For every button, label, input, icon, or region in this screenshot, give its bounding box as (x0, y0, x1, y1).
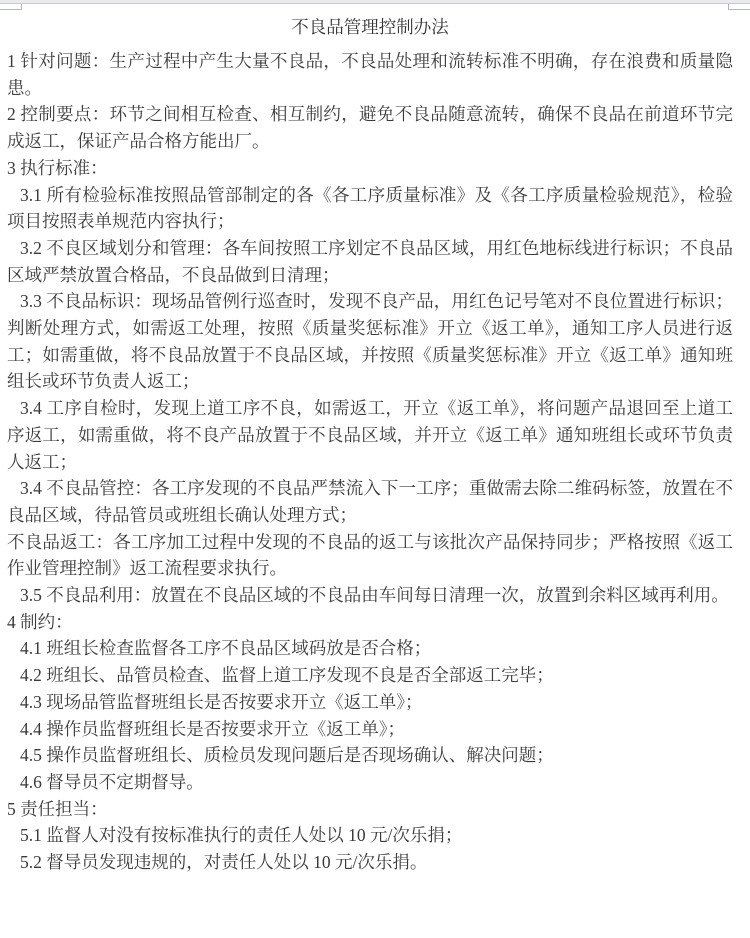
paragraph: 3 执行标准： (7, 155, 733, 182)
paragraph: 3.1 所有检验标准按照品管部制定的各《各工序质量标准》及《各工序质量检验规范》… (7, 182, 733, 235)
paragraph: 不良品返工：各工序加工过程中发现的不良品的返工与该批次产品保持同步；严格按照《返… (7, 529, 733, 582)
paragraph: 4.5 操作员监督班组长、质检员发现问题后是否现场确认、解决问题； (7, 742, 733, 769)
paragraph: 3.4 不良品管控：各工序发现的不良品严禁流入下一工序；重做需去除二维码标签，放… (7, 475, 733, 528)
document-body: 1 针对问题：生产过程中产生大量不良品，不良品处理和流转标准不明确，存在浪费和质… (7, 48, 733, 876)
paragraph: 3.3 不良品标识：现场品管例行巡查时，发现不良产品，用红色记号笔对不良位置进行… (7, 288, 733, 395)
paragraph: 5 责任担当： (7, 796, 733, 823)
paragraph: 3.5 不良品利用：放置在不良品区域的不良品由车间每日清理一次，放置到余料区域再… (7, 582, 733, 609)
paragraph: 4.2 班组长、品管员检查、监督上道工序发现不良是否全部返工完毕； (7, 662, 733, 689)
paragraph: 4.1 班组长检查监督各工序不良品区域码放是否合格； (7, 635, 733, 662)
paragraph: 5.2 督导员发现违规的，对责任人处以 10 元/次乐捐。 (7, 849, 733, 876)
paragraph: 3.4 工序自检时，发现上道工序不良，如需返工，开立《返工单》，将问题产品退回至… (7, 395, 733, 475)
paragraph: 1 针对问题：生产过程中产生大量不良品，不良品处理和流转标准不明确，存在浪费和质… (7, 48, 733, 101)
paragraph: 4 制约： (7, 609, 733, 636)
page-top-edge (0, 0, 750, 4)
paragraph: 5.1 监督人对没有按标准执行的责任人处以 10 元/次乐捐； (7, 822, 733, 849)
paragraph: 4.6 督导员不定期督导。 (7, 769, 733, 796)
paragraph: 4.3 现场品管监督班组长是否按要求开立《返工单》； (7, 689, 733, 716)
paragraph: 3.2 不良区域划分和管理：各车间按照工序划定不良品区域，用红色地标线进行标识；… (7, 235, 733, 288)
document-title: 不良品管理控制办法 (7, 14, 733, 41)
document-page: 不良品管理控制办法 1 针对问题：生产过程中产生大量不良品，不良品处理和流转标准… (0, 5, 750, 938)
paragraph: 4.4 操作员监督班组长是否按要求开立《返工单》； (7, 716, 733, 743)
paragraph: 2 控制要点：环节之间相互检查、相互制约，避免不良品随意流转，确保不良品在前道环… (7, 101, 733, 154)
